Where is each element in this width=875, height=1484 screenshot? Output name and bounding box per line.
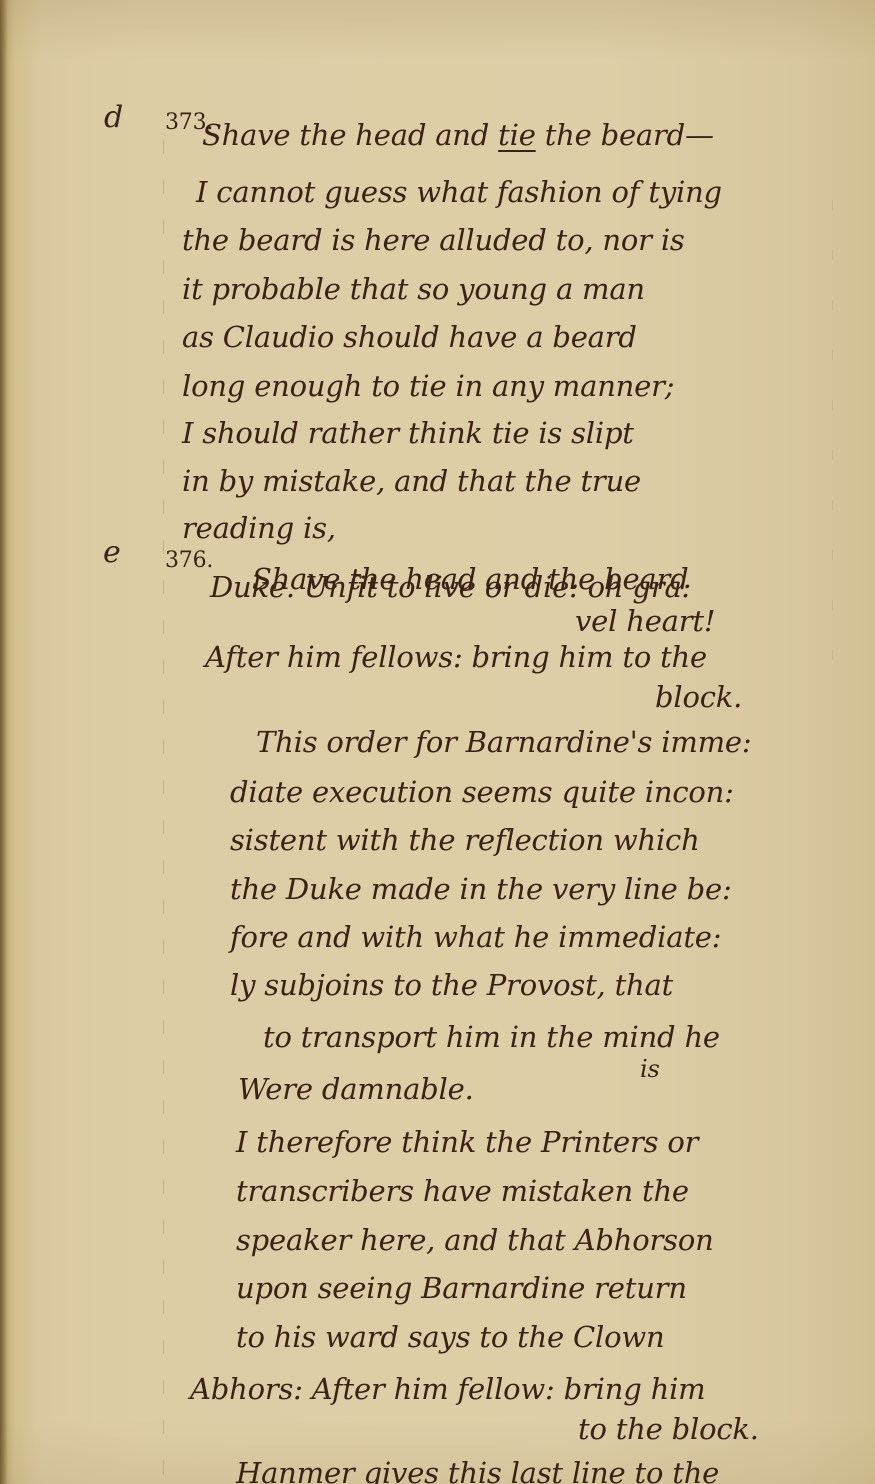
note-quoted-speech-cont: to the block. <box>578 1412 759 1446</box>
note-number-376: 376. <box>165 548 213 573</box>
note-quoted-speech: Abhors: After him fellow: bring him <box>190 1372 705 1406</box>
lemma-text-pre: Shave the head and <box>202 118 498 152</box>
note-line: block. <box>655 680 742 714</box>
note-marker-d: d <box>104 100 123 135</box>
note-line: the Duke made in the very line be: <box>230 872 732 906</box>
note-line: to his ward says to the Clown <box>236 1320 664 1354</box>
note-interlinear-is: is <box>640 1055 660 1083</box>
note-marker-e: e <box>103 535 121 570</box>
note-line: diate execution seems quite incon: <box>230 775 734 809</box>
note-line: upon seeing Barnardine return <box>236 1271 687 1305</box>
margin-rule-left <box>163 140 164 1484</box>
note-line: it probable that so young a man <box>182 272 645 306</box>
note-line: I therefore think the Printers or <box>236 1125 698 1159</box>
note-line: This order for Barnardine's imme: <box>256 725 751 759</box>
note-line: the beard is here alluded to, nor is <box>182 223 685 257</box>
note-quoted-line: Were damnable. <box>238 1072 474 1106</box>
margin-rule-right <box>832 200 833 700</box>
note-quoted-line: to transport him in the mind he <box>263 1020 720 1054</box>
note-line: speaker here, and that Abhorson <box>236 1223 714 1257</box>
note-line: I should rather think tie is slipt <box>182 416 634 450</box>
note-line: sistent with the reflection which <box>230 823 700 857</box>
note-line: in by mistake, and that the true <box>182 464 641 498</box>
note-line: ly subjoins to the Provost, that <box>230 968 673 1002</box>
note-line: After him fellows: bring him to the <box>205 640 707 674</box>
note-line: as Claudio should have a beard <box>182 320 637 354</box>
note-line: fore and with what he immediate: <box>230 920 721 954</box>
note-line: reading is, <box>182 511 336 545</box>
lemma-text-post: the beard— <box>536 118 714 152</box>
manuscript-page: d 373. Shave the head and tie the beard—… <box>0 0 875 1484</box>
note-lemma-373: Shave the head and tie the beard— <box>202 118 714 152</box>
note-line: Hanmer gives this last line to the <box>236 1456 719 1484</box>
note-line: transcribers have mistaken the <box>236 1174 689 1208</box>
note-line: long enough to tie in any manner; <box>182 369 674 403</box>
note-line: vel heart! <box>575 604 715 638</box>
lemma-underlined-word: tie <box>498 118 536 152</box>
note-line: I cannot guess what fashion of tying <box>196 175 722 209</box>
note-line: Duke. Unfit to live or die: oh gra: <box>210 570 691 604</box>
